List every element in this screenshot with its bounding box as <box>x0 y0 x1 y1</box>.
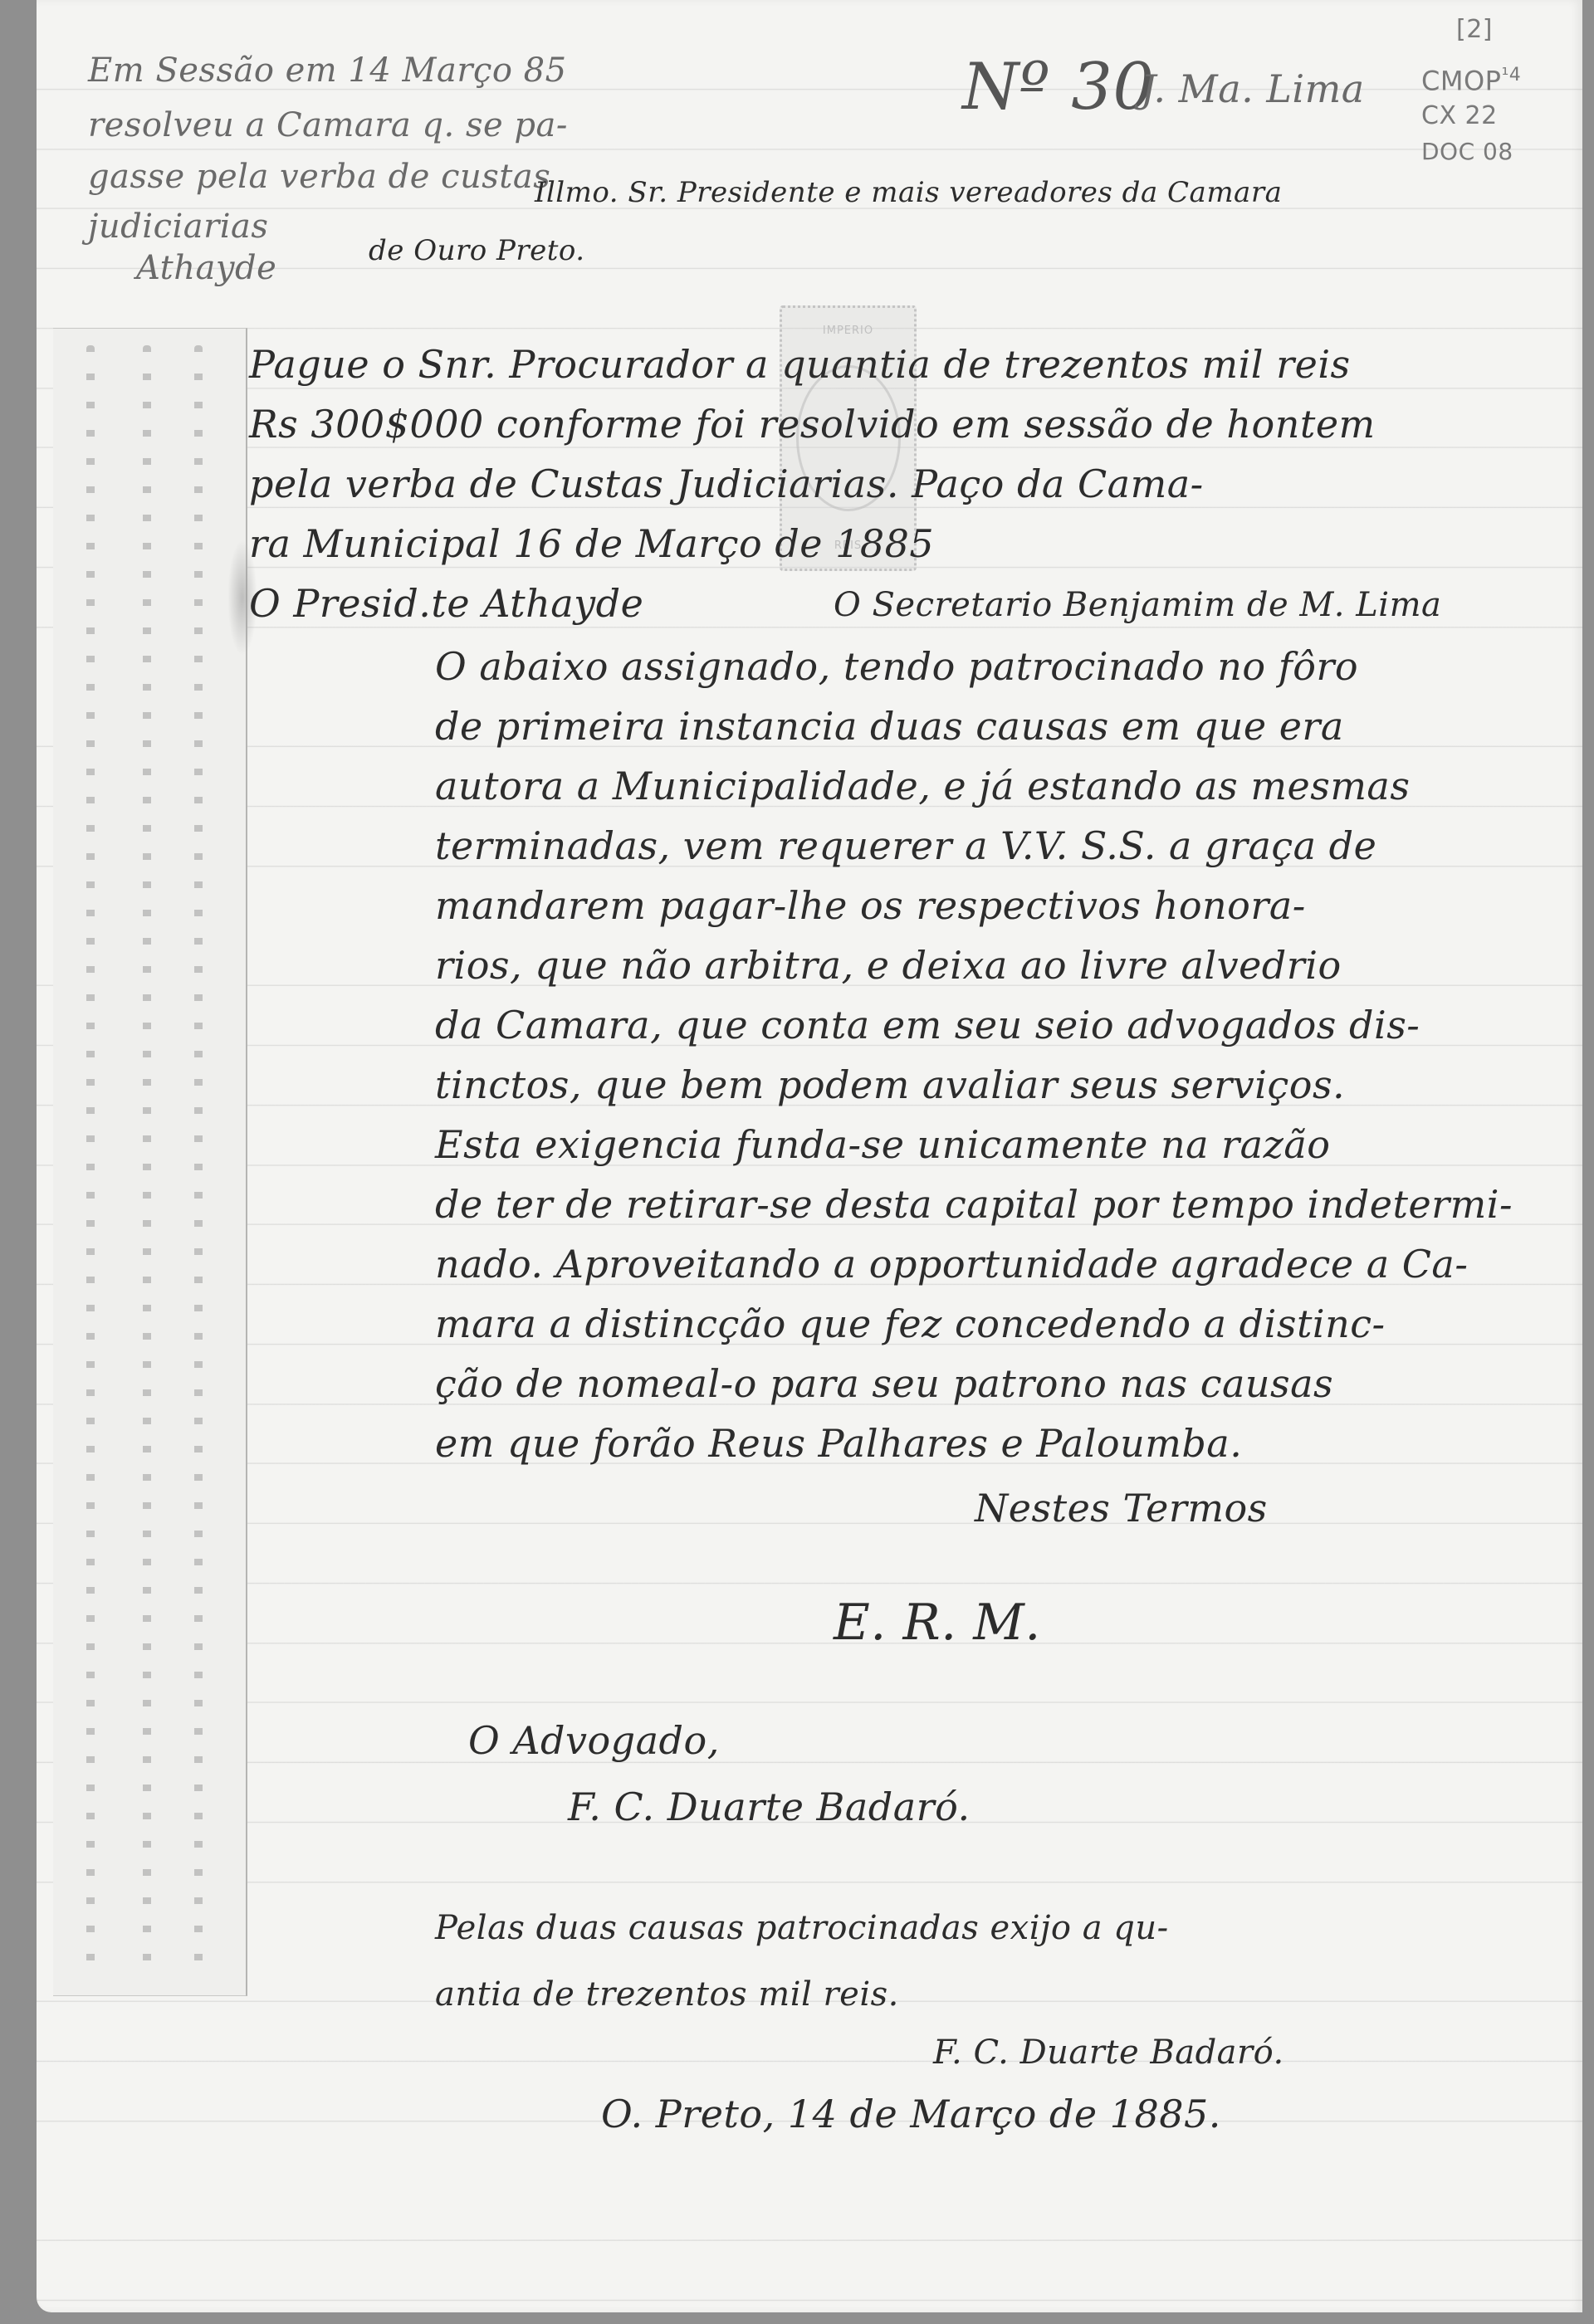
margin-note-line: gasse pela verba de custas <box>88 158 550 196</box>
ink-bleed-column <box>86 345 95 1979</box>
archive-box: CX 22 <box>1421 101 1498 130</box>
petition-line: tinctos, que bem podem avaliar seus serv… <box>435 1062 1345 1107</box>
margin-note-line: judiciarias <box>88 207 268 246</box>
clerk-mark: J. Ma. Lima <box>1141 66 1365 111</box>
petition-line: autora a Municipalidade, e já estando as… <box>435 764 1410 808</box>
secretary-signature: O Secretario Benjamim de M. Lima <box>834 586 1441 624</box>
manuscript-page: IMPERIO REIS [2] CMOP¹4 CX 22 DOC 08 Em … <box>37 0 1582 2312</box>
archive-fund: CMOP¹4 <box>1421 65 1521 97</box>
petition-line: Esta exigencia funda-se unicamente na ra… <box>435 1122 1330 1167</box>
payment-order-line: pela verba de Custas Judiciarias. Paço d… <box>249 461 1204 506</box>
fee-note-line: antia de trezentos mil reis. <box>435 1975 899 2014</box>
petition-line: O abaixo assignado, tendo patrocinado no… <box>435 644 1358 689</box>
archive-fund-sup: ¹4 <box>1501 65 1521 85</box>
document-number: Nº 30 <box>962 50 1154 124</box>
petition-line: de ter de retirar-se desta capital por t… <box>435 1182 1513 1227</box>
fee-note-line: Pelas duas causas patrocinadas exijo a q… <box>435 1909 1169 1947</box>
payment-order-line: Rs 300$000 conforme foi resolvido em ses… <box>249 402 1376 447</box>
payment-order-line: ra Municipal 16 de Março de 1885 <box>249 521 934 566</box>
president-signature: O Presid.te Athayde <box>249 581 643 626</box>
archive-fund-code: CMOP <box>1421 66 1501 97</box>
ink-bleed-column <box>194 345 203 1979</box>
petition-line: terminadas, vem requerer a V.V. S.S. a g… <box>435 823 1376 868</box>
closing-formula: Nestes Termos <box>975 1486 1268 1531</box>
petition-line: rios, que não arbitra, e deixa ao livre … <box>435 943 1342 988</box>
archive-page-bracket: [2] <box>1456 15 1493 44</box>
request-abbreviation: E. R. M. <box>834 1594 1041 1652</box>
petition-line: em que forão Reus Palhares e Paloumba. <box>435 1421 1242 1466</box>
margin-note-signature: Athayde <box>136 249 276 287</box>
petition-line: de primeira instancia duas causas em que… <box>435 704 1344 749</box>
folded-paper-strip <box>53 328 247 1996</box>
petition-line: da Camara, que conta em seu seio advogad… <box>435 1003 1420 1047</box>
place-date: O. Preto, 14 de Março de 1885. <box>601 2092 1221 2136</box>
petition-line: ção de nomeal-o para seu patrono nas cau… <box>435 1361 1333 1406</box>
petition-line: mandarem pagar-lhe os respectivos honora… <box>435 883 1306 928</box>
payment-order-line: Pague o Snr. Procurador a quantia de tre… <box>249 342 1351 387</box>
petition-line: mara a distincção que fez concedendo a d… <box>435 1301 1386 1346</box>
fee-note-signature: F. C. Duarte Badaró. <box>933 2033 1284 2072</box>
lawyer-label: O Advogado, <box>468 1718 720 1763</box>
archive-doc: DOC 08 <box>1421 138 1513 165</box>
margin-note-line: resolveu a Camara q. se pa- <box>88 106 568 144</box>
stamp-top-text: IMPERIO <box>823 325 873 337</box>
lawyer-signature: F. C. Duarte Badaró. <box>568 1784 971 1829</box>
margin-note-line: Em Sessão em 14 Março 85 <box>88 51 567 90</box>
addressee-city: de Ouro Preto. <box>369 234 585 267</box>
addressee-line: Illmo. Sr. Presidente e mais vereadores … <box>535 176 1282 209</box>
ink-bleed-column <box>143 345 151 1979</box>
petition-line: nado. Aproveitando a opportunidade agrad… <box>435 1242 1468 1286</box>
